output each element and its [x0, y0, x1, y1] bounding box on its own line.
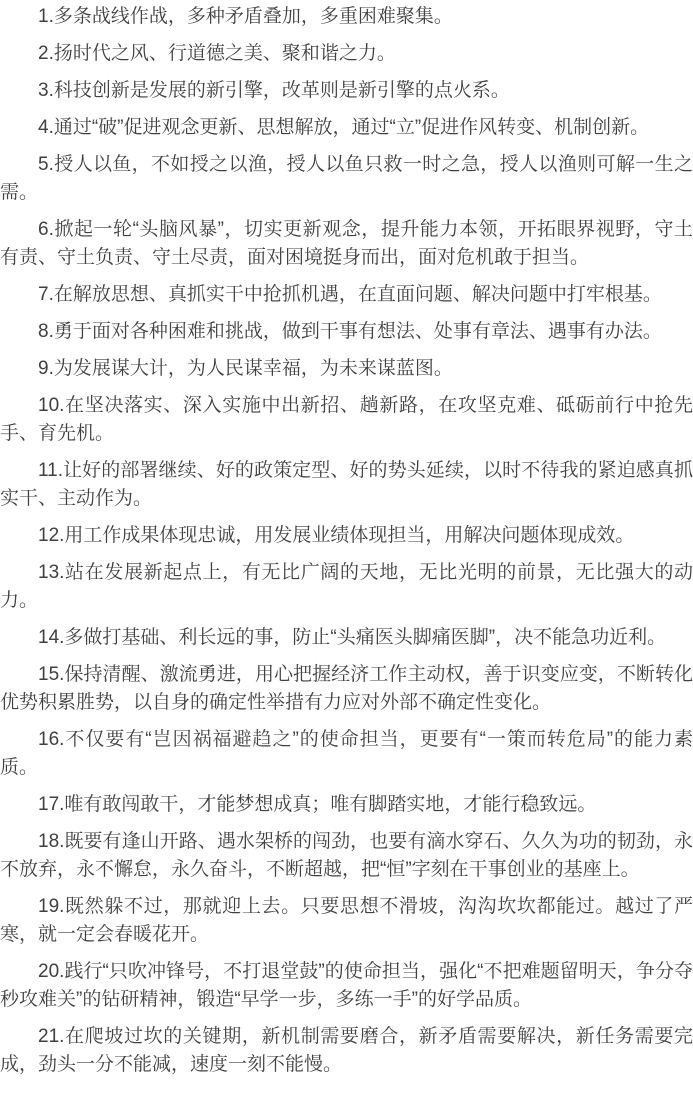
paragraph-item: 16.不仅要有“岂因祸福避趋之”的使命担当，更要有“一策而转危局”的能力素质。 [0, 726, 693, 782]
document-body: 1.多条战线作战，多种矛盾叠加，多重困难聚集。 2.扬时代之风、行道德之美、聚和… [0, 3, 693, 1079]
paragraph-item: 7.在解放思想、真抓实干中抢抓机遇，在直面问题、解决问题中打牢根基。 [0, 281, 693, 309]
paragraph-item: 1.多条战线作战，多种矛盾叠加，多重困难聚集。 [0, 3, 693, 31]
paragraph-item: 17.唯有敢闯敢干，才能梦想成真；唯有脚踏实地，才能行稳致远。 [0, 791, 693, 819]
paragraph-item: 13.站在发展新起点上，有无比广阔的天地，无比光明的前景，无比强大的动力。 [0, 559, 693, 615]
paragraph-item: 8.勇于面对各种困难和挑战，做到干事有想法、处事有章法、遇事有办法。 [0, 318, 693, 346]
paragraph-item: 2.扬时代之风、行道德之美、聚和谐之力。 [0, 40, 693, 68]
paragraph-item: 5.授人以鱼，不如授之以渔，授人以鱼只救一时之急，授人以渔则可解一生之需。 [0, 151, 693, 207]
paragraph-item: 4.通过“破”促进观念更新、思想解放，通过“立”促进作风转变、机制创新。 [0, 114, 693, 142]
paragraph-item: 6.掀起一轮“头脑风暴”，切实更新观念，提升能力本领，开拓眼界视野，守土有责、守… [0, 216, 693, 272]
paragraph-item: 18.既要有逢山开路、遇水架桥的闯劲，也要有滴水穿石、久久为功的韧劲，永不放弃，… [0, 828, 693, 884]
paragraph-item: 3.科技创新是发展的新引擎，改革则是新引擎的点火系。 [0, 77, 693, 105]
paragraph-item: 10.在坚决落实、深入实施中出新招、趟新路，在攻坚克难、砥砺前行中抢先手、育先机… [0, 392, 693, 448]
paragraph-item: 14.多做打基础、利长远的事，防止“头痛医头脚痛医脚”，决不能急功近利。 [0, 624, 693, 652]
paragraph-item: 19.既然躲不过，那就迎上去。只要思想不滑坡，沟沟坎坎都能过。越过了严寒，就一定… [0, 893, 693, 949]
paragraph-item: 11.让好的部署继续、好的政策定型、好的势头延续，以时不待我的紧迫感真抓实干、主… [0, 457, 693, 513]
paragraph-item: 12.用工作成果体现忠诚，用发展业绩体现担当，用解决问题体现成效。 [0, 522, 693, 550]
paragraph-item: 20.践行“只吹冲锋号，不打退堂鼓”的使命担当，强化“不把难题留明天，争分夺秒攻… [0, 958, 693, 1014]
paragraph-item: 15.保持清醒、激流勇进，用心把握经济工作主动权，善于识变应变，不断转化优势积累… [0, 661, 693, 717]
paragraph-item: 9.为发展谋大计，为人民谋幸福，为未来谋蓝图。 [0, 355, 693, 383]
paragraph-item: 21.在爬坡过坎的关键期，新机制需要磨合，新矛盾需要解决，新任务需要完成，劲头一… [0, 1023, 693, 1079]
